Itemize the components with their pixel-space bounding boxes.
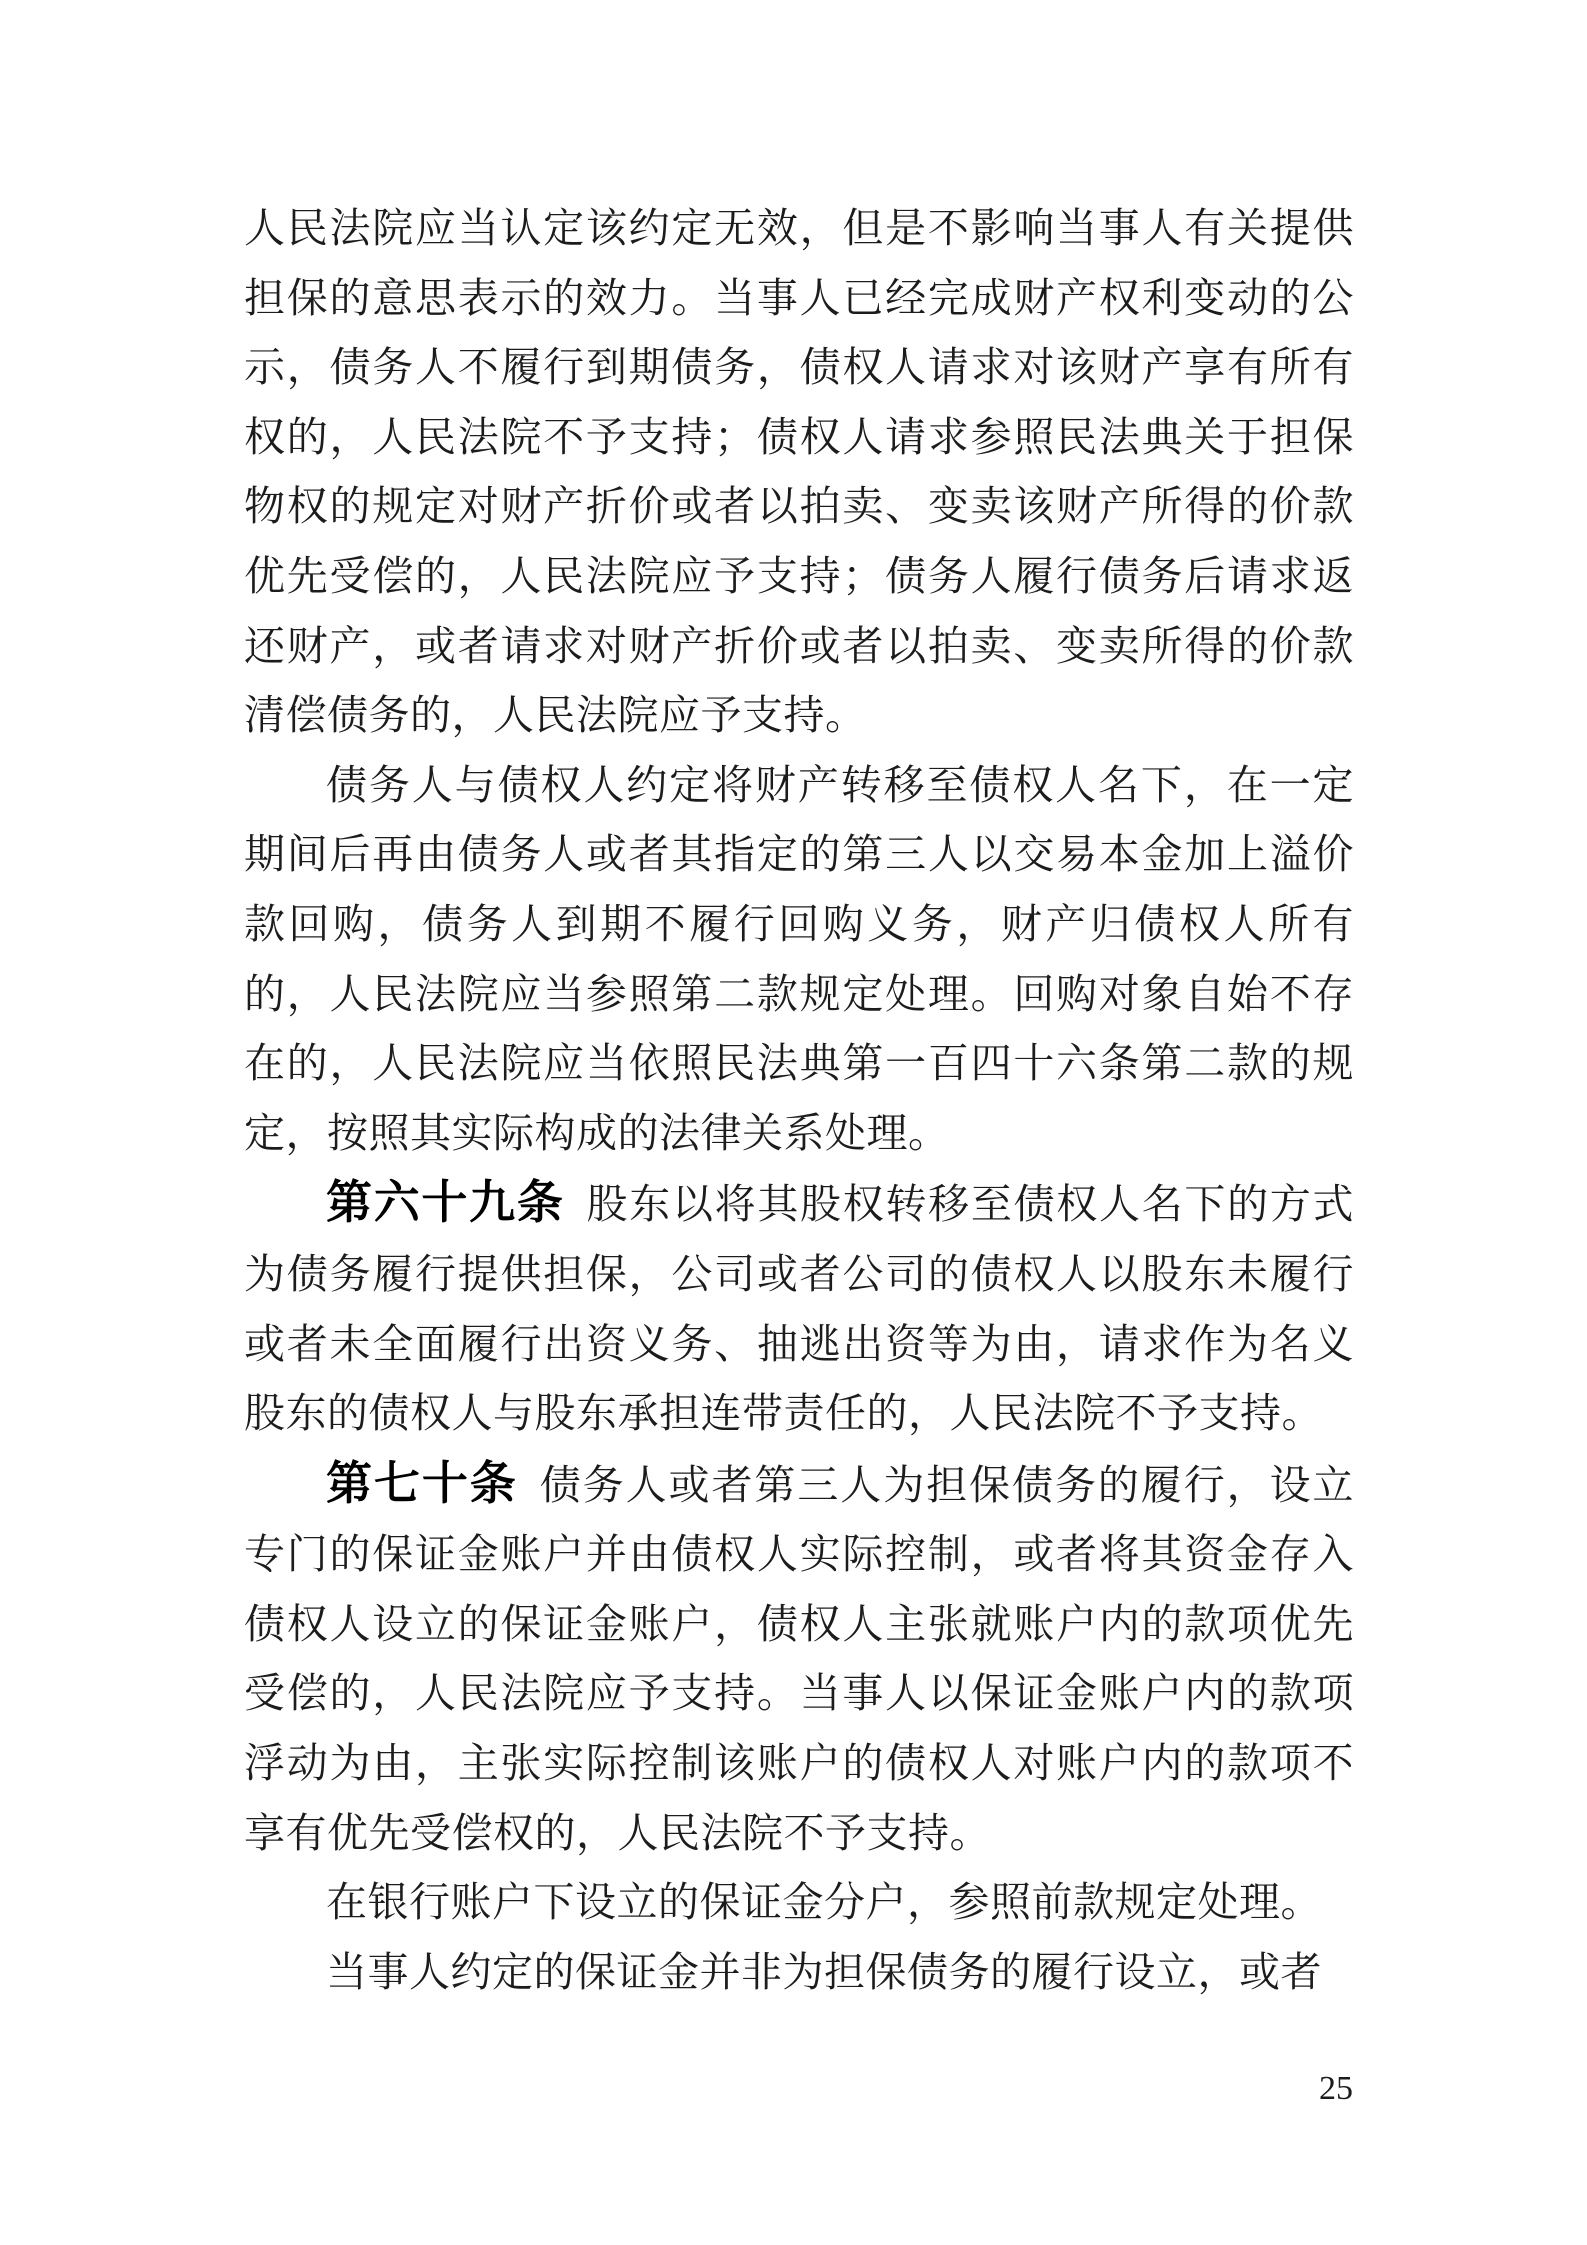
document-page: 人民法院应当认定该约定无效，但是不影响当事人有关提供担保的意思表示的效力。当事人… <box>0 0 1587 2245</box>
paragraph: 在银行账户下设立的保证金分户，参照前款规定处理。 <box>244 1868 1354 1938</box>
text-block: 人民法院应当认定该约定无效，但是不影响当事人有关提供担保的意思表示的效力。当事人… <box>244 194 1354 2007</box>
paragraph-text: 债务人与债权人约定将财产转移至债权人名下，在一定期间后再由债务人或者其指定的第三… <box>244 762 1354 1156</box>
article-number-label: 第六十九条 <box>326 1176 565 1228</box>
paragraph-article-70: 第七十条债务人或者第三人为担保债务的履行，设立专门的保证金账户并由债权人实际控制… <box>244 1449 1354 1869</box>
paragraph-article-69: 第六十九条股东以将其股权转移至债权人名下的方式为债务履行提供担保，公司或者公司的… <box>244 1168 1354 1448</box>
paragraph-text: 债务人或者第三人为担保债务的履行，设立专门的保证金账户并由债权人实际控制，或者将… <box>244 1462 1354 1856</box>
paragraph: 当事人约定的保证金并非为担保债务的履行设立，或者 <box>244 1938 1354 2008</box>
paragraph: 债务人与债权人约定将财产转移至债权人名下，在一定期间后再由债务人或者其指定的第三… <box>244 751 1354 1169</box>
paragraph-continuation: 人民法院应当认定该约定无效，但是不影响当事人有关提供担保的意思表示的效力。当事人… <box>244 194 1354 751</box>
paragraph-text: 当事人约定的保证金并非为担保债务的履行设立，或者 <box>326 1949 1322 1995</box>
paragraph-text: 人民法院应当认定该约定无效，但是不影响当事人有关提供担保的意思表示的效力。当事人… <box>244 205 1354 738</box>
page-number: 25 <box>1319 2070 1353 2108</box>
paragraph-text: 在银行账户下设立的保证金分户，参照前款规定处理。 <box>326 1879 1322 1925</box>
article-number-label: 第七十条 <box>326 1457 518 1509</box>
